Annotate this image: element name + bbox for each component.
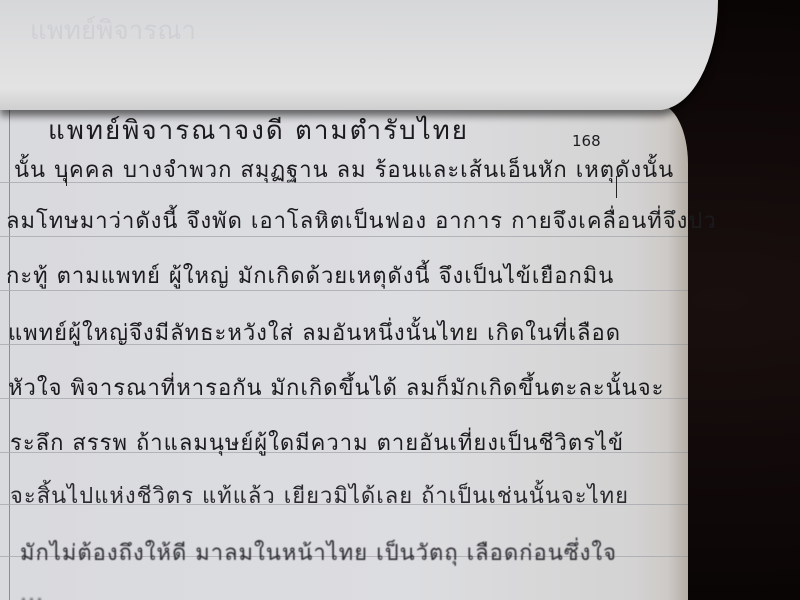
handwritten-line: ระลึก สรรพ ถ้าแลมนุษย์ผู้ใดมีความ ตายอัน… xyxy=(10,425,624,460)
handwritten-line: แพทย์ผู้ใหญ่จึงมีลัทธะหวังใส่ ลมอันหนึ่ง… xyxy=(8,315,621,350)
margin-line xyxy=(9,110,10,600)
handwritten-line: กะทู้ ตามแพทย์ ผู้ใหญ่ มักเกิดด้วยเหตุดั… xyxy=(6,258,614,293)
curled-previous-page: แพทย์พิจารณา xyxy=(0,0,718,110)
page-number: 168 xyxy=(572,132,601,150)
page-title: แพทย์พิจารณาจงดี ตามตำรับไทย xyxy=(48,110,469,151)
bleed-through-text: แพทย์พิจารณา xyxy=(30,10,196,51)
handwritten-line: ลมโทษมาว่าดังนี้ จึงพัด เอาโลหิตเป็นฟอง … xyxy=(6,203,717,238)
handwritten-line: มักไม่ต้องถึงให้ดี มาลมในหน้าไทย เป็นวัต… xyxy=(20,535,617,570)
handwritten-line: จะสิ้นไปแห่งชีวิตร แท้แล้ว เยียวมิได้เลย… xyxy=(10,478,629,513)
handwritten-line: หัวใจ พิจารณาที่หารอกัน มักเกิดขึ้นได้ ล… xyxy=(8,370,664,405)
ink-stroke xyxy=(616,176,617,198)
ink-stroke xyxy=(66,172,67,186)
handwritten-line: ... xyxy=(20,582,44,600)
handwritten-line: นั้น บุคคล บางจำพวก สมุฏฐาน ลม ร้อนและเส… xyxy=(14,152,674,187)
